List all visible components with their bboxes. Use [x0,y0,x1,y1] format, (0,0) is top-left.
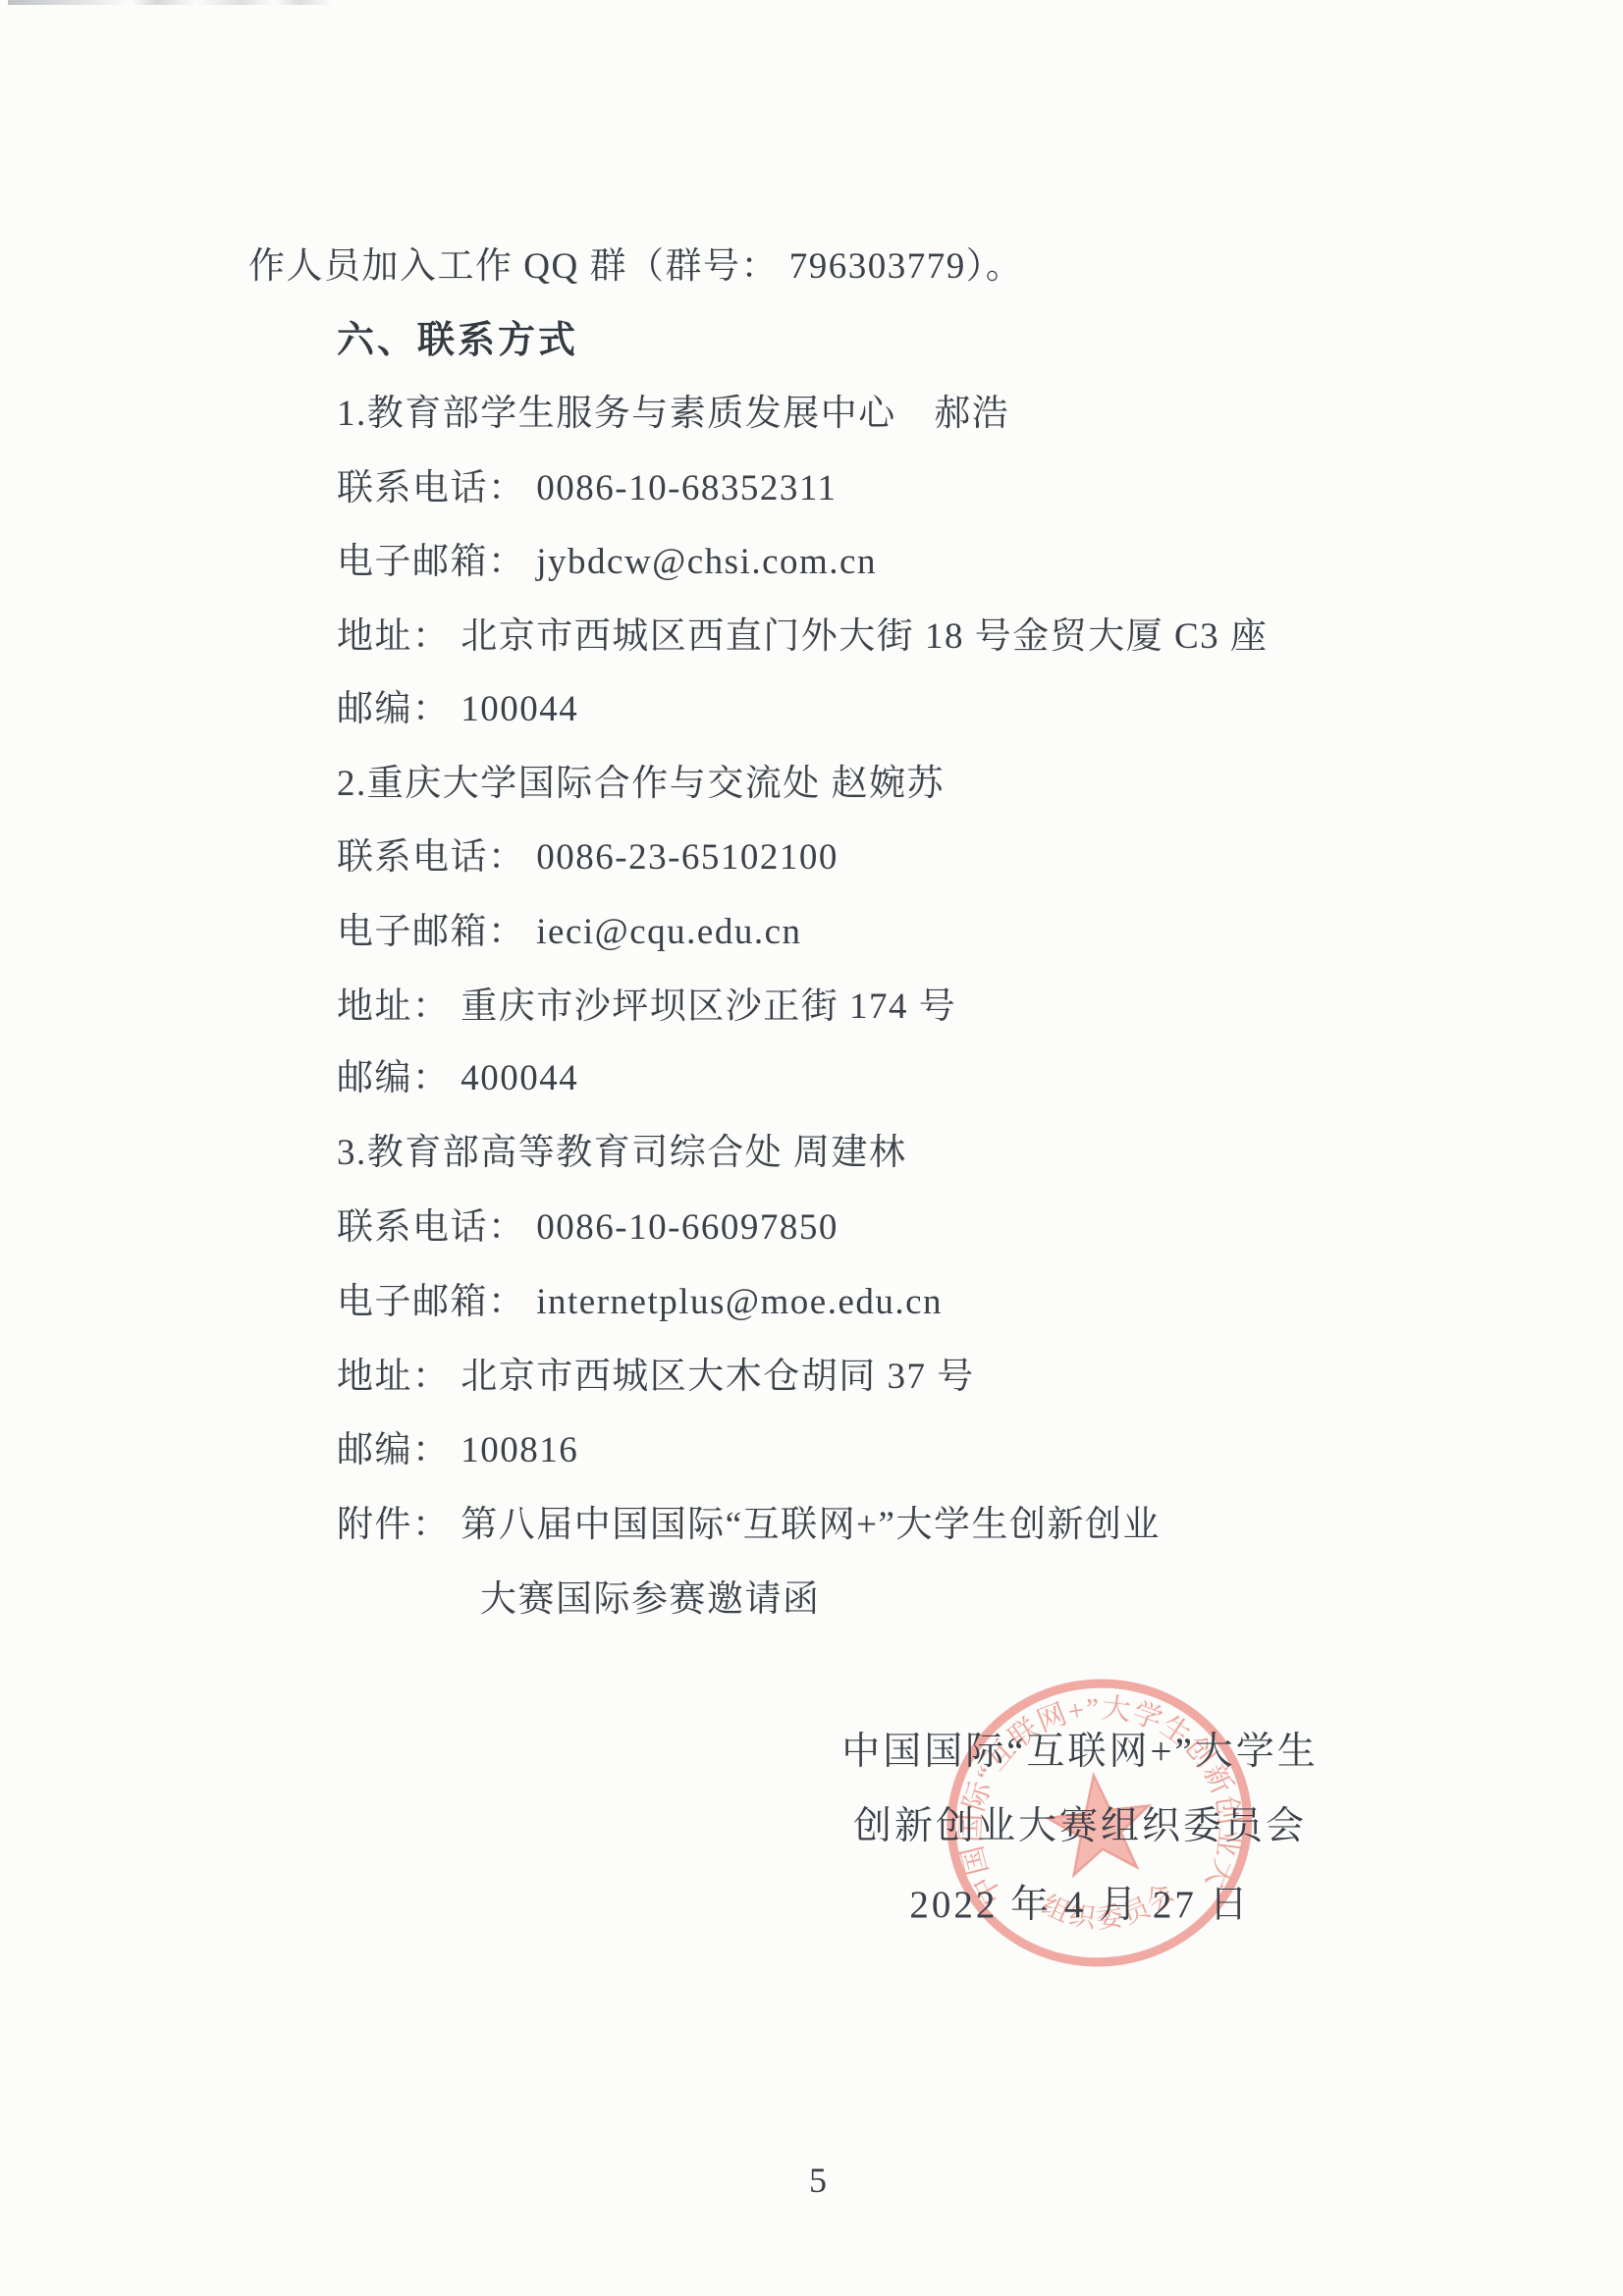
text-line: 地址： 北京市西城区西直门外大街 18 号金贸大厦 C3 座 [337,616,1268,659]
signature-date: 2022 年 4 月 27 日 [909,1874,1250,1929]
text-line: 2.重庆大学国际合作与交流处 赵婉苏 [337,764,945,806]
text-line: 地址： 重庆市沙坪坝区沙正街 174 号 [337,987,956,1029]
text-line: 邮编： 100044 [337,689,578,731]
text-line: 地址： 北京市西城区大木仓胡同 37 号 [337,1357,975,1399]
signature-org-line2: 创新创业大赛组织委员会 [853,1795,1307,1850]
text-line: 邮编： 100816 [337,1430,578,1472]
scan-edge-artifact [8,0,332,5]
text-line: 3.教育部高等教育司综合处 周建林 [337,1133,907,1175]
text-line: 附件： 第八届中国国际“互联网+”大学生创新创业 [337,1505,1161,1547]
text-line: 联系电话： 0086-10-66097850 [337,1207,839,1250]
document-page: 作人员加入工作 QQ 群（群号： 796303779）。 六、联系方式 1.教育… [0,0,1623,2296]
section-heading: 六、联系方式 [337,320,578,363]
text-line: 联系电话： 0086-10-68352311 [337,468,838,510]
page-number: 5 [809,2160,827,2201]
text-line: 大赛国际参赛邀请函 [480,1579,821,1622]
text-line: 电子邮箱： internetplus@moe.edu.cn [337,1282,943,1324]
signature-org-line1: 中国国际“互联网+”大学生 [841,1721,1319,1776]
text-line: 作人员加入工作 QQ 群（群号： 796303779）。 [248,246,1023,289]
text-line: 联系电话： 0086-23-65102100 [337,837,839,880]
text-line: 邮编： 400044 [337,1058,578,1100]
text-line: 1.教育部学生服务与素质发展中心 郝浩 [337,394,1009,436]
text-line: 电子邮箱： jybdcw@chsi.com.cn [337,542,877,584]
text-line: 电子邮箱： ieci@cqu.edu.cn [337,912,802,954]
